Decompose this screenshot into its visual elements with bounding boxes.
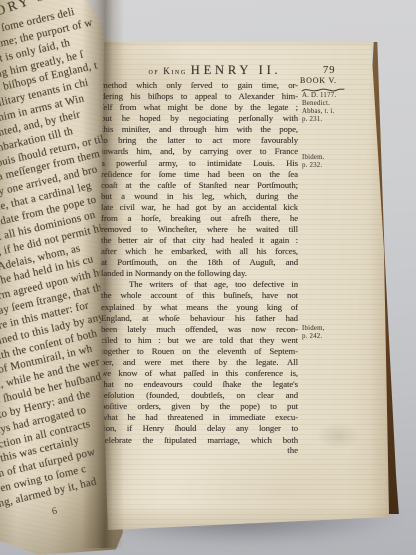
body-text-line: removed to Wincheſter, where he waited t… bbox=[101, 224, 298, 235]
body-text-line: but he hoped by negociating perſonally w… bbox=[101, 113, 298, 124]
body-text-line: late civil war, he had got by an acciden… bbox=[101, 202, 298, 213]
body-text-line: reſidence for ſome time had been on the … bbox=[101, 169, 298, 180]
body-text-line: this miniſter, and through him with the … bbox=[101, 124, 298, 135]
body-text-line: ſelf from what might be done by the lega… bbox=[101, 102, 298, 113]
body-text-line: at Portſmouth, on the 18th of Auguſt, an… bbox=[101, 257, 298, 268]
body-text-line: explained by what means the young king o… bbox=[101, 302, 298, 313]
body-text-line: coaſt at the caſtle of Stanſted near Por… bbox=[101, 180, 298, 191]
margin-note-line: p. 242. bbox=[302, 333, 362, 341]
body-text-line: a powerful army, to intimidate Louis. Hi… bbox=[101, 158, 298, 169]
body-text-line: the whole account of this buſineſs, have… bbox=[101, 290, 298, 301]
body-text-line: tion, if Henry ſhould delay any longer t… bbox=[101, 423, 298, 434]
margin-note-line: Abbas, t. i. bbox=[302, 108, 362, 116]
margin-note-line: Ibidem, bbox=[302, 325, 362, 333]
margin-note-citation-3: Ibidem, p. 242. bbox=[302, 325, 362, 341]
body-text-line: to bring the latter to act more favourab… bbox=[101, 135, 298, 146]
body-text: method which only ſerved to gain time, o… bbox=[101, 80, 298, 446]
body-text-line: the better air of that city had healed i… bbox=[101, 235, 298, 246]
margin-note-line: p. 231. bbox=[302, 116, 362, 124]
margin-note-line: p. 232. bbox=[302, 162, 362, 170]
body-text-line: England, at whoſe behaviour his father h… bbox=[101, 313, 298, 324]
catchword: the bbox=[101, 445, 298, 456]
running-header-title: HENRY II. bbox=[191, 63, 282, 77]
right-page: of KingHENRY II. 79 BOOK V. A. D. 1177. … bbox=[94, 28, 396, 530]
margin-note-citation-2: Ibidem. p. 232. bbox=[302, 154, 362, 170]
body-text-line: landed in Normandy on the following day. bbox=[101, 268, 298, 279]
page-number: 79 bbox=[323, 65, 336, 76]
body-text-line: but a wound in his leg, which, during th… bbox=[101, 191, 298, 202]
body-text-line: that no endeavours could ſhake the legat… bbox=[101, 379, 298, 390]
body-text-line: been lately much offended, was now recon… bbox=[101, 324, 298, 335]
body-text-line: reſolution (founded, doubtleſs, on clear… bbox=[101, 390, 298, 401]
running-header-of-king: of King bbox=[149, 66, 187, 76]
body-text-line: ciled to him : but we are told that they… bbox=[101, 335, 298, 346]
body-text-line: together to Rouen on the eleventh of Sep… bbox=[101, 346, 298, 357]
body-text-line: The writers of that age, too defective i… bbox=[101, 279, 298, 290]
body-text-line: after which he embarked, with all his fo… bbox=[101, 246, 298, 257]
body-text-line: from a horſe, breaking out afreſh there,… bbox=[101, 213, 298, 224]
body-text-line: what he had threatened in immediate exec… bbox=[101, 412, 298, 423]
margin-note-line: Benedict. bbox=[302, 100, 362, 108]
body-text-line: method which only ſerved to gain time, o… bbox=[101, 80, 298, 91]
margin-note-line: A. D. 1177. bbox=[302, 92, 362, 100]
body-text-line: celebrate the ſtipulated marriage, which… bbox=[101, 435, 298, 446]
margin-note-line: Ibidem. bbox=[302, 154, 362, 162]
body-text-line: towards him, and, by carrying over to Fr… bbox=[101, 146, 298, 157]
margin-note-citation-1: A. D. 1177. Benedict. Abbas, t. i. p. 23… bbox=[302, 92, 362, 124]
running-header: of KingHENRY II. bbox=[112, 61, 318, 79]
book-label: BOOK V. bbox=[300, 76, 337, 85]
body-text-line: we know of what paſſed in this conferenc… bbox=[101, 368, 298, 379]
body-text-line: poſitive orders, given by the pope) to p… bbox=[101, 401, 298, 412]
book-photo: ORY of TH to ſome orders deli name; the … bbox=[0, 0, 416, 555]
body-text-line: ber, and were met there by the legate. A… bbox=[101, 357, 298, 368]
body-text-line: dering his biſhops to appeal to Alexande… bbox=[101, 91, 298, 102]
gutter-shadow bbox=[82, 0, 124, 548]
faint-pencil-mark bbox=[316, 422, 360, 450]
